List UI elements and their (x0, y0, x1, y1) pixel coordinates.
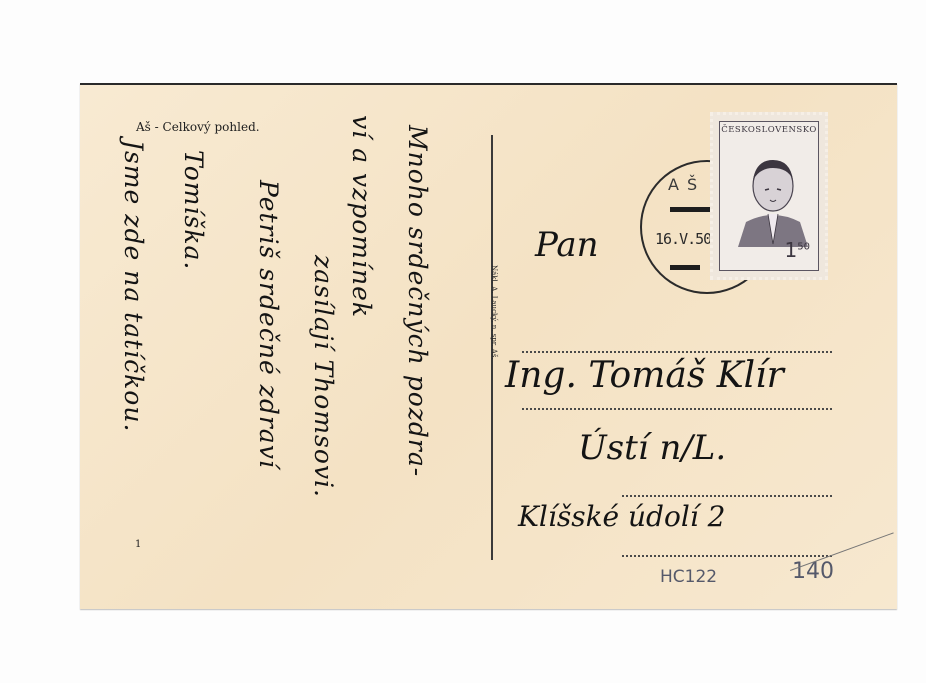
portrait-icon (738, 152, 808, 247)
address-dotted-line (522, 408, 832, 410)
message-line: zasílají Thomsovi. (309, 255, 338, 498)
address-city: Ústí n/L. (578, 428, 726, 468)
address-dotted-line (522, 351, 832, 353)
handwritten-message: Mnoho srdečných pozdra- ví a vzpomínek z… (80, 85, 490, 609)
postage-stamp: ČESKOSLOVENSKO 150 (710, 112, 828, 280)
postmark-bar (670, 265, 700, 270)
pencil-price: 140 (792, 559, 834, 584)
postmark-town: AŠ (668, 175, 705, 194)
stamp-value-main: 1 (785, 238, 798, 262)
address-salutation: Pan (535, 225, 599, 265)
address-dotted-line (622, 495, 832, 497)
address-dotted-line (622, 555, 832, 557)
address-street: Klíšské údolí 2 (518, 500, 725, 533)
message-line: Petriš srdečné zdraví (254, 180, 283, 469)
message-line: Mnoho srdečných pozdra- (403, 125, 432, 477)
postcard: Aš - Celkový pohled. 1 Mnoho srdečných p… (80, 83, 897, 609)
stamp-value: 150 (785, 238, 810, 262)
message-line: Tomíška. (179, 150, 208, 270)
publisher-imprint: Nákl. A. Laucký, n. spr. Aš. (484, 265, 502, 385)
message-line: Jsme zde na tatíčkou. (119, 140, 148, 432)
publisher-imprint-text: Nákl. A. Laucký, n. spr. Aš. (490, 265, 498, 360)
message-line: ví a vzpomínek (347, 115, 376, 318)
stamp-country: ČESKOSLOVENSKO (720, 125, 818, 135)
stamp-frame: ČESKOSLOVENSKO 150 (719, 121, 819, 271)
stamp-value-fraction: 50 (797, 241, 810, 252)
pencil-catalog-code: HC122 (660, 567, 717, 587)
address-name: Ing. Tomáš Klír (505, 355, 784, 396)
